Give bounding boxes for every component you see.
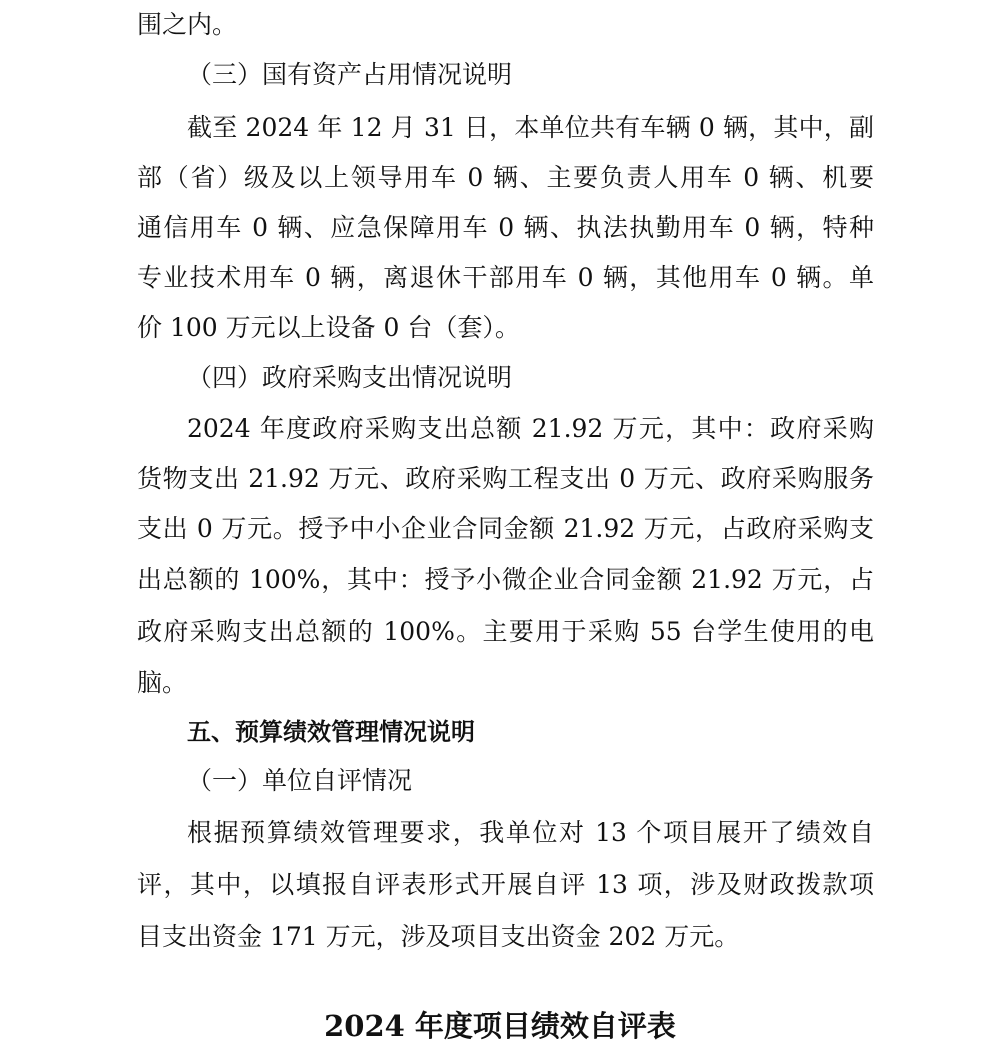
paragraph-line: 政府采购支出总额的 100%。主要用于采购 55 台学生使用的电 xyxy=(137,617,874,647)
paragraph-line: 2024 年度政府采购支出总额 21.92 万元，其中：政府采购 xyxy=(187,414,874,444)
paragraph-line-continuation: 围之内。 xyxy=(137,10,874,40)
subheading-government-procurement: （四）政府采购支出情况说明 xyxy=(187,363,924,393)
document-page: 围之内。 （三）国有资产占用情况说明 截至 2024 年 12 月 31 日，本… xyxy=(0,0,1000,1054)
paragraph-line: 脑。 xyxy=(137,668,874,698)
paragraph-line: 根据预算绩效管理要求，我单位对 13 个项目展开了绩效自 xyxy=(187,818,874,848)
paragraph-line: 货物支出 21.92 万元、政府采购工程支出 0 万元、政府采购服务 xyxy=(137,464,874,494)
section-heading-budget-performance: 五、预算绩效管理情况说明 xyxy=(187,717,924,747)
paragraph-line: 部（省）级及以上领导用车 0 辆、主要负责人用车 0 辆、机要 xyxy=(137,163,874,193)
paragraph-line: 目支出资金 171 万元，涉及项目支出资金 202 万元。 xyxy=(137,922,874,952)
subheading-state-assets: （三）国有资产占用情况说明 xyxy=(187,60,924,90)
paragraph-line: 价 100 万元以上设备 0 台（套）。 xyxy=(137,313,874,343)
paragraph-line: 支出 0 万元。授予中小企业合同金额 21.92 万元，占政府采购支 xyxy=(137,514,874,544)
paragraph-line: 截至 2024 年 12 月 31 日，本单位共有车辆 0 辆，其中，副 xyxy=(187,113,874,143)
table-title: 2024 年度项目绩效自评表 xyxy=(0,1008,1000,1044)
subheading-self-evaluation: （一）单位自评情况 xyxy=(187,766,924,796)
paragraph-line: 出总额的 100%，其中：授予小微企业合同金额 21.92 万元，占 xyxy=(137,565,874,595)
paragraph-line: 评，其中，以填报自评表形式开展自评 13 项，涉及财政拨款项 xyxy=(137,870,874,900)
paragraph-line: 通信用车 0 辆、应急保障用车 0 辆、执法执勤用车 0 辆，特种 xyxy=(137,213,874,243)
paragraph-line: 专业技术用车 0 辆，离退休干部用车 0 辆，其他用车 0 辆。单 xyxy=(137,263,874,293)
